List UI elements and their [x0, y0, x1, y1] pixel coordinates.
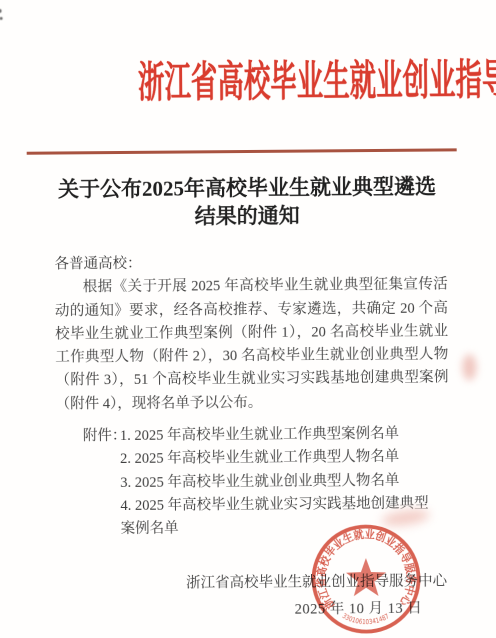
document-body: 各普通高校： 根据《关于开展 2025 年高校毕业生就业典型征集宣传活 动的通知… [54, 250, 448, 416]
salutation: 各普通高校： [54, 250, 447, 276]
letterhead-divider [27, 148, 457, 154]
star-icon [346, 558, 386, 596]
scanned-sheet: 浙江省高校毕业生就业创业指导服务中心 关于公布2025年高校毕业生就业典型遴选 … [0, 0, 496, 638]
body-line: （附件 4），现将名单予以公布。 [56, 390, 449, 416]
body-line: 根据《关于开展 2025 年高校毕业生就业典型征集宣传活 [55, 274, 448, 300]
official-seal: 浙江省高校毕业生就业创业指导服务中心 33010610341487 [309, 522, 424, 637]
body-line: 工作典型人物（附件 2），30 名高校毕业生就业创业典型人物 [55, 344, 448, 370]
scan-smudge [462, 354, 476, 380]
document-title: 关于公布2025年高校毕业生就业典型遴选 结果的通知 [0, 173, 495, 232]
scan-speck [0, 17, 3, 20]
attachment-item: 2. 2025 年高校毕业生就业工作典型人物名单 [120, 446, 428, 472]
seal-number: 33010610341487 [341, 612, 391, 627]
body-line: 校毕业生就业工作典型案例（附件 1），20 名高校毕业生就业 [55, 320, 448, 346]
attachment-item: 1. 2025 年高校毕业生就业工作典型案例名单 [120, 423, 428, 449]
letterhead-org-name: 浙江省高校毕业生就业创业指导服务中心 [138, 57, 496, 107]
attachment-item: 4. 2025 年高校毕业生就业实习实践基地创建典型 [120, 492, 428, 518]
scan-speck [0, 9, 2, 13]
document-page: 浙江省高校毕业生就业创业指导服务中心 关于公布2025年高校毕业生就业典型遴选 … [0, 0, 496, 638]
letterhead: 浙江省高校毕业生就业创业指导服务中心 [0, 58, 494, 108]
title-line-1: 关于公布2025年高校毕业生就业典型遴选 [0, 173, 495, 204]
body-line: 动的通知》要求，经各高校推荐、专家遴选，共确定 20 个高 [55, 297, 448, 323]
svg-text:33010610341487: 33010610341487 [341, 612, 391, 627]
attachment-item: 3. 2025 年高校毕业生就业创业典型人物名单 [120, 469, 428, 495]
body-line: （附件 3），51 个高校毕业生就业实习实践基地创建典型案例 [55, 367, 448, 393]
title-line-2: 结果的通知 [0, 201, 495, 232]
